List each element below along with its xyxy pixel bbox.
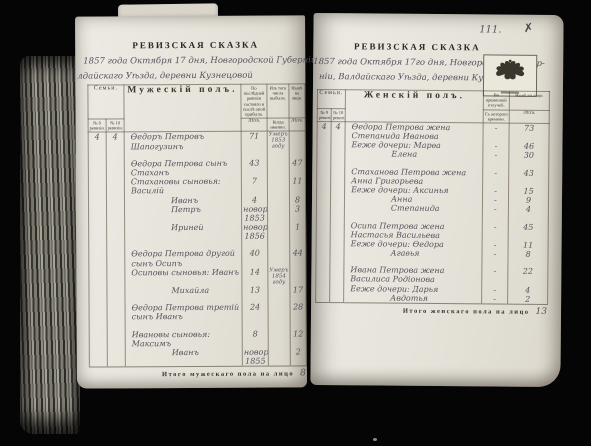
col-departed: Изъ того числа выбыло. [267, 84, 289, 118]
table-row: 44Ѳедора Петрова жена Степанида Иванова-… [317, 121, 549, 142]
col-family: Семьи. [88, 85, 124, 119]
page-number: 111. [479, 24, 501, 35]
col-family: Семьи. [317, 89, 345, 108]
col-now-present: Нынѣ на лицо. [509, 91, 549, 110]
male-table-wrap: Семьи. Мужескій полъ. По послѣдней ревиз… [87, 83, 306, 379]
right-page-title: РЕВИЗСКАЯ СКАЗКА [317, 41, 517, 53]
male-total-value: 8 [300, 369, 306, 379]
col-10th-revision: № 10 ревизіи. [331, 108, 345, 121]
col-male-sex: Мужескій полъ. [124, 84, 241, 132]
col-now-years: Лѣта. [289, 118, 305, 131]
male-total-label: Итого мужескаго пола на лицо [162, 371, 294, 379]
table-row: Ѳедора Петрова другой сынъ Осипъ4044 [89, 249, 306, 269]
table-row: 44Ѳедоръ Петровъ Шапогузинъ71Умеръ 1853 … [88, 131, 305, 151]
margin-flourish-mark: ✗ [523, 20, 535, 36]
table-row: Иванъновор. 18552 [89, 347, 306, 367]
eagle-icon [493, 58, 527, 89]
table-row: Осиповы сыновья: Иванъ14Умеръ 1854 году [89, 267, 306, 286]
female-total-value: 13 [536, 307, 548, 317]
dust-speck [373, 438, 377, 441]
male-table: Семьи. Мужескій полъ. По послѣдней ревиз… [87, 83, 306, 367]
col-now-present: Нынѣ на лицо. [289, 84, 305, 118]
right-page: 111. ✗ РЕВИЗСКАЯ СКАЗКА 1857 года Октябр… [310, 13, 563, 387]
female-table: Семьи. Женскій полъ. Во временной отлучк… [315, 89, 550, 305]
table-row: Ѳедора Петрова третій сынъ Иванъ2428 [89, 303, 306, 323]
left-subtitle-line1: 1857 года Октября 17 дня, Новгородской Г… [83, 55, 336, 66]
table-row: Петръновор. 18533 [89, 204, 306, 224]
table-row: Стаханова Петрова жена Анна Григорьева-4… [317, 167, 549, 187]
col-when-exactly: Когда именно. [267, 118, 289, 131]
book-page-edges [20, 56, 80, 434]
col-9th-revision: № 9 ревизіи. [317, 108, 331, 121]
female-table-wrap: Семьи. Женскій полъ. Во временной отлучк… [315, 89, 549, 317]
female-total-line: Итого женскаго пола на лицо13 [315, 305, 547, 317]
book-scan-photo: РЕВИЗСКАЯ СКАЗКА 1857 года Октября 17 дн… [0, 0, 591, 446]
col-since-when: Съ котораго времени. [483, 109, 509, 123]
col-female-sex: Женскій полъ. [345, 90, 483, 123]
female-total-label: Итого женскаго пола на лицо [403, 308, 530, 316]
table-row: Ѳедора Петрова сынъ Стаханъ4347 [88, 158, 305, 178]
col-now-years: Лѣта. [509, 110, 549, 124]
col-temp-absence: Во временной отлучкѣ. [483, 91, 509, 110]
left-subtitle-line2: лдайскаго Уѣзда, деревни Кузнецовой [77, 71, 253, 82]
table-row: Иринейновор. 18561 [89, 222, 306, 242]
left-page: РЕВИЗСКАЯ СКАЗКА 1857 года Октября 17 дн… [75, 15, 307, 388]
table-row: Авдотья-2 [316, 293, 548, 305]
col-prev-revision: По послѣдней ревизіи состояло и послѣ он… [241, 84, 267, 118]
table-row: Ивановы сыновья: Максимъ812 [89, 329, 306, 349]
table-row: Стахановы сыновья: Василій711 [88, 177, 305, 197]
col-9th-revision: № 9 ревизіи. [88, 119, 106, 132]
col-10th-revision: № 10 ревизіи. [106, 119, 124, 132]
male-total-line: Итого мужескаго пола на лицо8 [89, 369, 306, 380]
col-prev-years: Лѣта. [241, 118, 267, 131]
table-row: Ивана Петрова жена Василиса Родіонова-22 [316, 265, 548, 285]
left-page-title: РЕВИЗСКАЯ СКАЗКА [87, 39, 304, 50]
table-row: Осипа Петрова жена Настасья Васильева-45 [316, 220, 548, 240]
